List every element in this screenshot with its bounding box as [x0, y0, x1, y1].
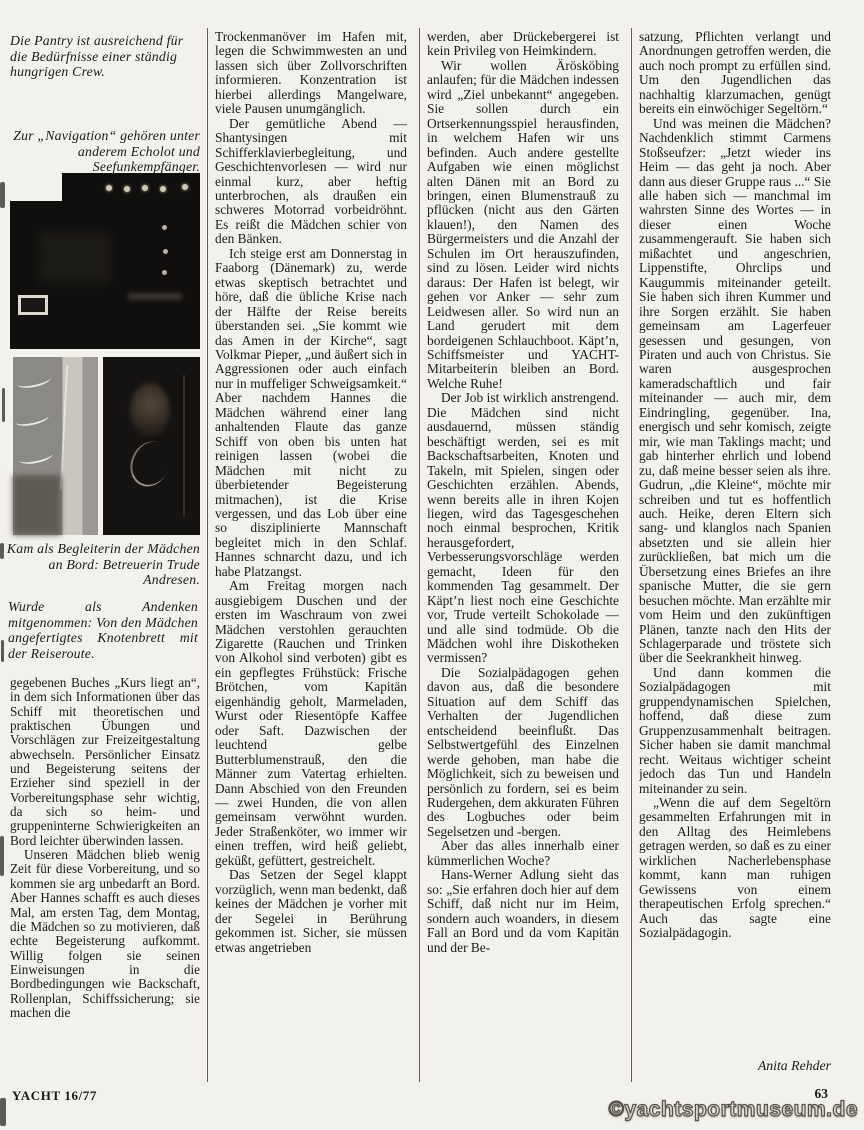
photo-highlight — [128, 293, 182, 300]
left-body-column: gegebenen Buches „Kurs liegt an“, in dem… — [10, 676, 200, 1080]
instrument-light — [163, 249, 168, 254]
magazine-issue: YACHT 16/77 — [12, 1088, 97, 1104]
body-column-b: werden, aber Drückebergerei ist kein Pri… — [427, 30, 619, 1080]
photo-navigation-equipment — [10, 173, 200, 349]
handwriting-mark — [18, 448, 54, 467]
face-highlight — [130, 383, 170, 437]
scan-artifact — [0, 182, 5, 208]
instrument-light — [106, 185, 112, 191]
rope-line — [60, 365, 69, 490]
caption-navigation: Zur „Navigation“ gehören unter anderem E… — [8, 128, 200, 175]
body-paragraph: Der Job ist wirklich anstrengend. Die Mä… — [427, 391, 619, 666]
collar-highlight — [124, 436, 176, 493]
handwriting-mark — [14, 410, 50, 429]
body-paragraph: Der gemütliche Abend — Shantysingen mit … — [215, 117, 407, 247]
photo-knot-board — [13, 357, 98, 535]
scan-artifact — [0, 543, 4, 559]
body-paragraph: Die Sozialpädagogen gehen davon aus, daß… — [427, 666, 619, 839]
photo-shadow — [13, 475, 61, 535]
gauge-frame — [18, 295, 48, 315]
handwriting-mark — [16, 372, 52, 391]
column-rule-1 — [207, 28, 208, 1082]
body-column-c: satzung, Pflichten verlangt und Anordnun… — [639, 30, 831, 1080]
photo-trude-andresen — [103, 357, 200, 535]
caption-knotenbrett: Wurde als Andenken mitgenommen: Von den … — [8, 599, 198, 661]
body-paragraph: „Wenn die auf dem Segeltörn gesammelten … — [639, 796, 831, 941]
photo-corner-notch — [10, 173, 62, 201]
body-column-a: Trockenmanöver im Hafen mit, legen die S… — [215, 30, 407, 1080]
body-paragraph: Hans-Werner Adlung sieht das so: „Sie er… — [427, 868, 619, 955]
column-rule-2 — [419, 28, 420, 1082]
scan-artifact — [0, 836, 4, 876]
body-paragraph: Und was meinen die Mädchen? Nachdenklich… — [639, 117, 831, 666]
instrument-light — [182, 184, 188, 190]
body-paragraph: gegebenen Buches „Kurs liegt an“, in dem… — [10, 676, 200, 848]
body-paragraph: Trockenmanöver im Hafen mit, legen die S… — [215, 30, 407, 117]
caption-trude: Kam als Begleiterin der Mädchen an Bord:… — [6, 541, 200, 588]
scan-artifact — [1, 640, 4, 662]
caption-pantry: Die Pantry ist ausreichend für die Bedür… — [10, 33, 196, 80]
body-paragraph: werden, aber Drückebergerei ist kein Pri… — [427, 30, 619, 59]
photo-highlight — [183, 375, 185, 517]
body-paragraph: Am Freitag morgen nach ausgiebigem Dusch… — [215, 579, 407, 868]
body-paragraph: Wir wollen Ärösköbing anlaufen; für die … — [427, 59, 619, 391]
instrument-light — [142, 185, 148, 191]
byline: Anita Rehder — [639, 1058, 831, 1074]
body-paragraph: Unseren Mädchen blieb wenig Zeit für die… — [10, 848, 200, 1020]
body-paragraph: Und dann kommen die Sozialpädagogen mit … — [639, 666, 831, 796]
body-paragraph: satzung, Pflichten verlangt und Anordnun… — [639, 30, 831, 117]
body-paragraph: Aber das alles innerhalb einer kümmerlic… — [427, 839, 619, 868]
body-paragraph: Das Setzen der Segel klappt vorzüglich, … — [215, 868, 407, 955]
column-rule-3 — [631, 28, 632, 1082]
watermark: ©yachtsportmuseum.de — [608, 1098, 858, 1122]
magazine-page: Die Pantry ist ausreichend für die Bedür… — [0, 0, 864, 1130]
instrument-light — [162, 225, 167, 230]
photo-shadow — [38, 231, 110, 283]
instrument-light — [124, 186, 130, 192]
scan-artifact — [2, 388, 5, 422]
body-paragraph: Ich steige erst am Donnerstag in Faaborg… — [215, 247, 407, 579]
instrument-light — [160, 186, 166, 192]
scan-artifact — [0, 1098, 6, 1126]
instrument-light — [162, 270, 167, 275]
